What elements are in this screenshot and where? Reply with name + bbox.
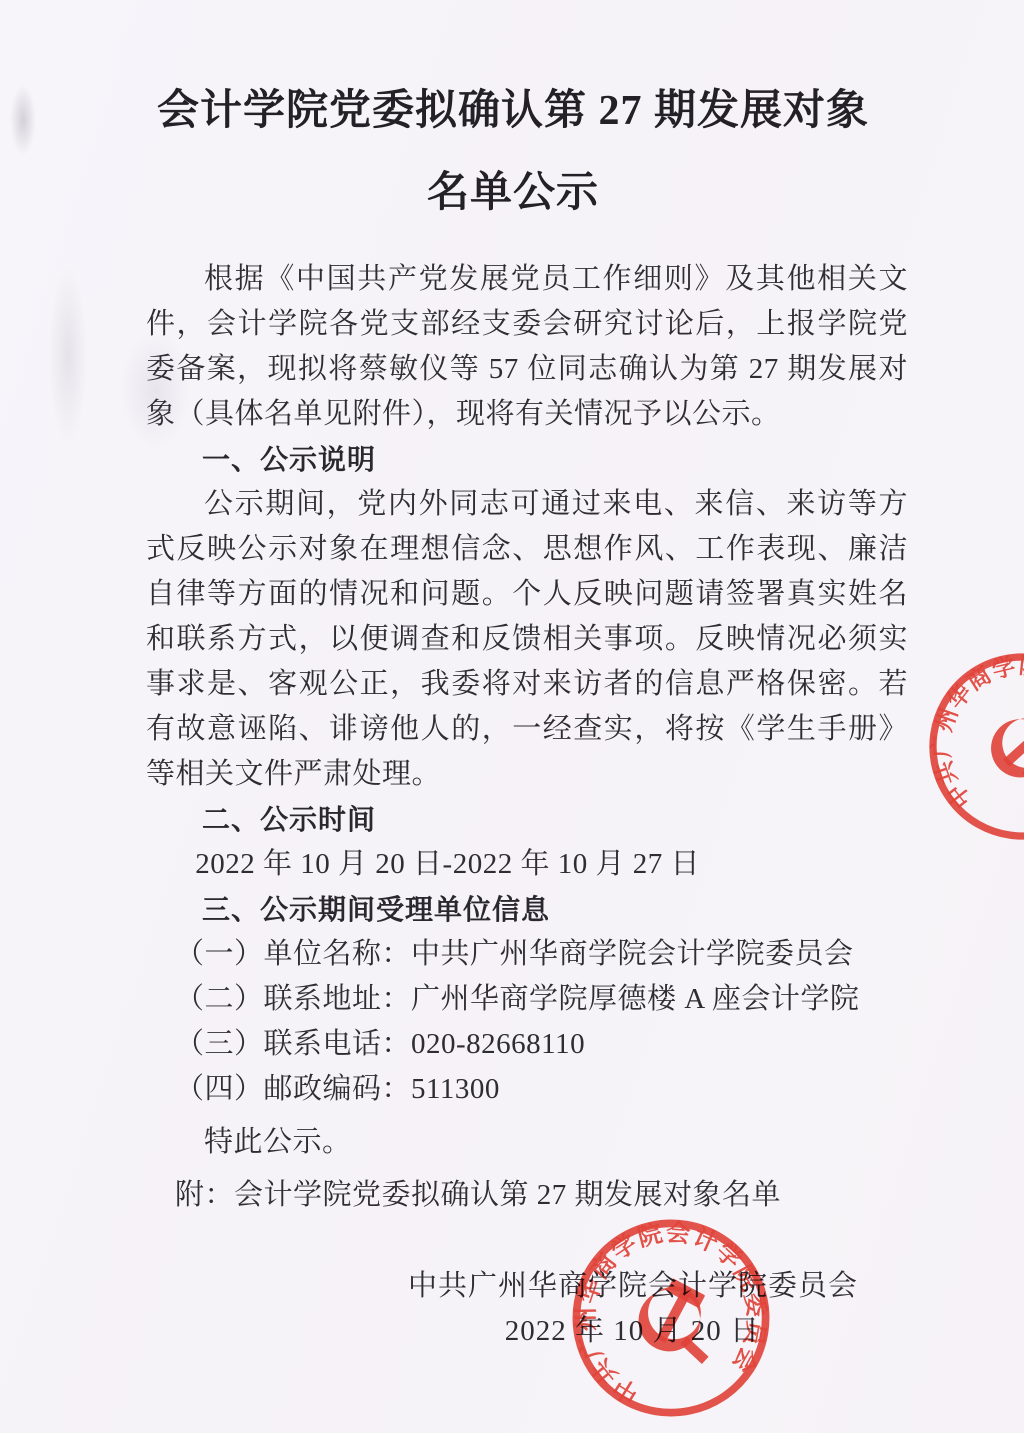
signature-committee: 中共广州华商学院会计学院委员会	[146, 1264, 908, 1309]
scan-smudge	[48, 265, 88, 445]
hammer-sickle-icon	[985, 706, 1024, 799]
section2-heading: 二、公示时间	[146, 797, 908, 842]
section1-paragraph: 公示期间，党内外同志可通过来电、来信、来访等方式反映公示对象在理想信念、思想作风…	[146, 482, 908, 797]
section1-heading: 一、公示说明	[146, 437, 908, 482]
publicity-period: 2022 年 10 月 20 日-2022 年 10 月 27 日	[146, 842, 908, 887]
document-title-line1: 会计学院党委拟确认第 27 期发展对象	[132, 0, 894, 136]
notice-document: 会计学院党委拟确认第 27 期发展对象 名单公示 根据《中国共产党发展党员工作细…	[146, 0, 908, 1354]
intro-paragraph: 根据《中国共产党发展党员工作细则》及其他相关文件，会计学院各党支部经支委会研究讨…	[146, 257, 908, 437]
document-title-line2: 名单公示	[132, 168, 894, 218]
contact-unit-name: （一）单位名称：中共广州华商学院会计学院委员会	[146, 932, 908, 977]
seal-ring-text: 中共广州华商学院会计学院委员会	[918, 641, 1024, 834]
attachment-line: 附：会计学院党委拟确认第 27 期发展对象名单	[146, 1173, 908, 1218]
scanned-document-page: 会计学院党委拟确认第 27 期发展对象 名单公示 根据《中国共产党发展党员工作细…	[0, 0, 1024, 1433]
svg-text:中共广州华商学院会计学院委员会: 中共广州华商学院会计学院委员会	[918, 641, 1024, 834]
contact-postcode: （四）邮政编码：511300	[146, 1067, 908, 1112]
scan-smudge	[10, 85, 36, 155]
section3-heading: 三、公示期间受理单位信息	[146, 887, 908, 932]
signature-date: 2022 年 10 月 20 日	[146, 1309, 908, 1354]
contact-address: （二）联系地址：广州华商学院厚德楼 A 座会计学院	[146, 977, 908, 1022]
document-body: 根据《中国共产党发展党员工作细则》及其他相关文件，会计学院各党支部经支委会研究讨…	[146, 257, 908, 1354]
closing-line: 特此公示。	[146, 1120, 908, 1165]
contact-phone: （三）联系电话：020-82668110	[146, 1022, 908, 1067]
partial-seal-right-edge: 中共广州华商学院会计学院委员会	[908, 632, 1024, 861]
